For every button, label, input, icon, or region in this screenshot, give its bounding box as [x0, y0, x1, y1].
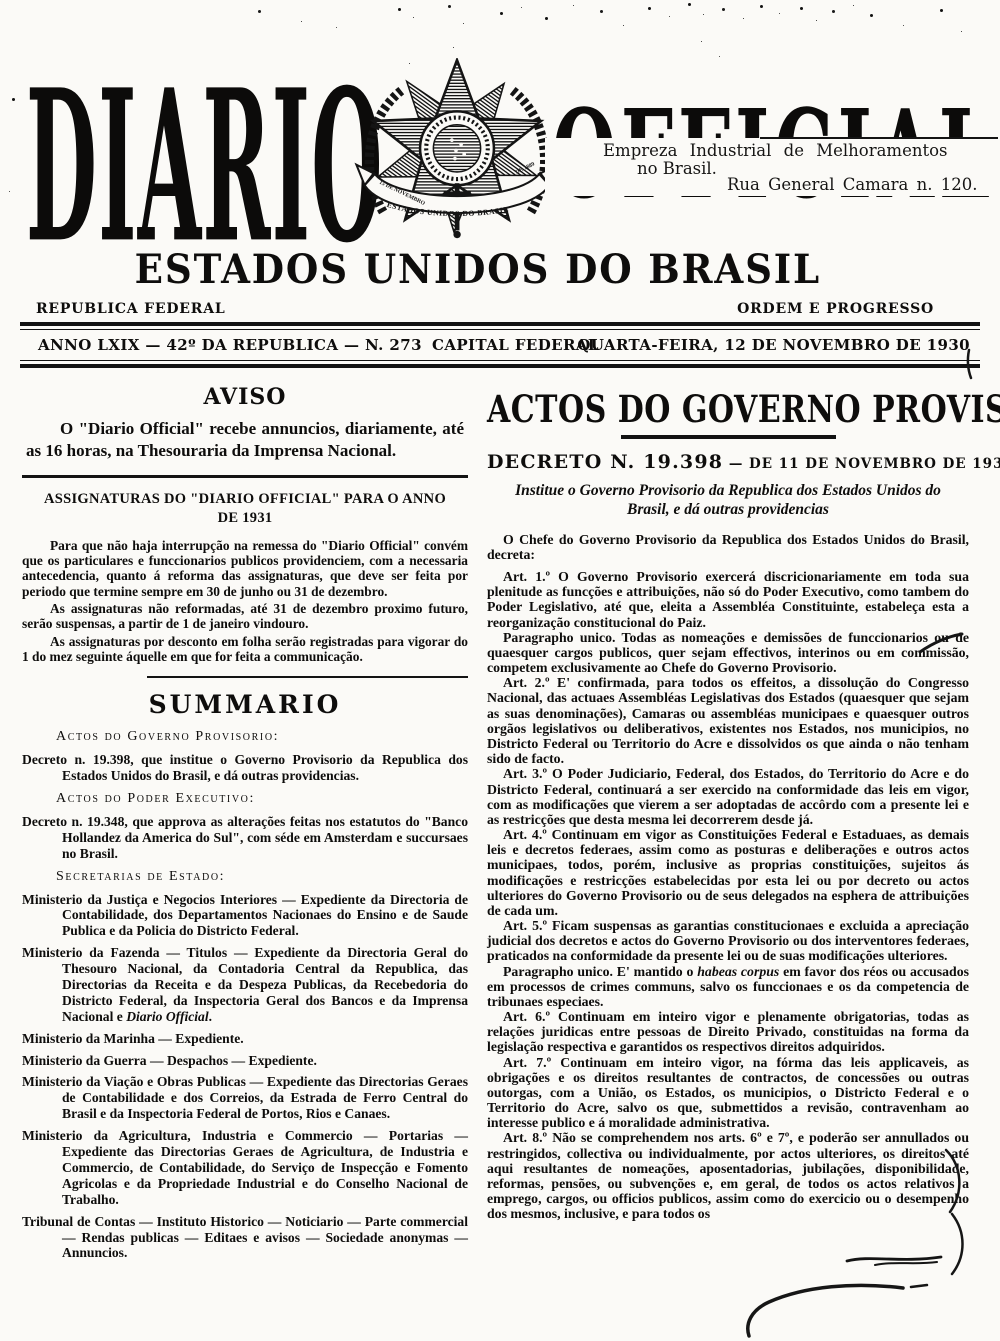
- summario-item: Ministerio da Marinha — Expediente.: [22, 1031, 468, 1047]
- decree-number: DECRETO N. 19.398: [487, 451, 723, 473]
- dateline-rule-bottom: [20, 360, 980, 368]
- brazil-coat-of-arms: 15 DE NOVEMBRO DE 1889 ESTADOS UNIDOS DO…: [352, 58, 562, 253]
- pen-mark-margin-dash: [916, 630, 968, 658]
- decree-date: — DE 11 DE NOVEMBRO DE 1930: [723, 456, 1000, 472]
- assignaturas-title: ASSIGNATURAS DO "DIARIO OFFICIAL" PARA O…: [36, 490, 454, 528]
- stamp-line-1: Empreza Industrial de Melhoramentos: [603, 141, 948, 160]
- decree-paragraph: Art. 3.º O Poder Judiciario, Federal, do…: [487, 766, 969, 827]
- decree-subtitle: Institue o Governo Provisorio da Republi…: [503, 481, 953, 520]
- masthead-title-diario: DIARIO: [26, 64, 384, 273]
- aviso-body: O "Diario Official" recebe annuncios, di…: [26, 418, 464, 462]
- publisher-stamp: Empreza Industrial de Melhoramentos no B…: [545, 138, 995, 196]
- dateline-rule-top: [20, 322, 980, 330]
- right-column: ACTOS DO GOVERNO PROVISORIO DECRETO N. 1…: [487, 388, 969, 1221]
- pen-mark-underline-scribble: [845, 1250, 949, 1268]
- summario-item: Ministerio da Viação e Obras Publicas — …: [22, 1074, 468, 1122]
- inner-sky: [433, 125, 480, 172]
- summario-item: Secretarias de Estado:: [56, 869, 468, 885]
- assignaturas-paragraph: As assignaturas por desconto em folha se…: [22, 634, 468, 665]
- dateline-issue: ANNO LXIX — 42º DA REPUBLICA — N. 273: [38, 336, 422, 354]
- summario-item: Actos do Poder Executivo:: [56, 791, 468, 807]
- motto-ordem-progresso: ORDEM E PROGRESSO: [737, 301, 934, 317]
- stamp-line-2: no Brasil.: [637, 159, 717, 178]
- left-column: AVISO O "Diario Official" recebe annunci…: [22, 382, 468, 1267]
- summario-item: Ministerio da Guerra — Despachos — Exped…: [22, 1053, 468, 1069]
- dateline-date: QUARTA-FEIRA, 12 DE NOVEMBRO DE 1930: [577, 336, 970, 354]
- aviso-title: AVISO: [22, 384, 468, 410]
- summario-item: Decreto n. 19.398, que institue o Govern…: [22, 752, 468, 784]
- summario-item: Decreto n. 19.348, que approva as altera…: [22, 814, 468, 862]
- summario-list: Actos do Governo Provisorio:Decreto n. 1…: [22, 729, 468, 1261]
- motto-republica-federal: REPUBLICA FEDERAL: [36, 301, 226, 317]
- decree-paragraph: O Chefe do Governo Provisorio da Republi…: [487, 532, 969, 562]
- pen-mark-bottom-curve: [735, 1278, 945, 1340]
- decree-paragraph: Art. 2.º E' confirmada, para todos os ef…: [487, 675, 969, 766]
- decree-paragraph: Paragrapho unico. Todas as nomeações e d…: [487, 630, 969, 676]
- decree-paragraph: Art. 1.º O Governo Provisorio exercerá d…: [487, 569, 969, 630]
- decree-body: O Chefe do Governo Provisorio da Republi…: [487, 532, 969, 1222]
- decree-paragraph: Art. 6.º Continuam em inteiro vigor e pl…: [487, 1009, 969, 1055]
- section-headline: ACTOS DO GOVERNO PROVISORIO: [487, 388, 969, 432]
- decree-paragraph: Art. 8.º Não se comprehendem nos arts. 6…: [487, 1130, 969, 1221]
- decree-paragraph: Art. 7.º Continuam em inteiro vigor, na …: [487, 1055, 969, 1131]
- assignaturas-paragraphs: Para que não haja interrupção na remessa…: [22, 538, 468, 664]
- assignaturas-paragraph: Para que não haja interrupção na remessa…: [22, 538, 468, 599]
- country-title: ESTADOS UNIDOS DO BRASIL: [135, 246, 821, 293]
- pen-mark-dateline-tick: [962, 348, 976, 380]
- summario-item: Tribunal de Contas — Instituto Historico…: [22, 1214, 468, 1262]
- stamp-line-3: Rua General Camara n. 120.: [727, 175, 978, 194]
- decree-paragraph: Art. 4.º Continuam em vigor as Constitui…: [487, 827, 969, 918]
- dateline: ANNO LXIX — 42º DA REPUBLICA — N. 273 CA…: [0, 336, 1000, 358]
- decree-number-line: DECRETO N. 19.398 — DE 11 DE NOVEMBRO DE…: [487, 451, 969, 473]
- summario-item: Ministerio da Agricultura, Industria e C…: [22, 1128, 468, 1207]
- summario-item: Ministerio da Justiça e Negocios Interio…: [22, 892, 468, 940]
- assignaturas-paragraph: As assignaturas não reformadas, até 31 d…: [22, 601, 468, 632]
- section-divider: [22, 475, 468, 478]
- decree-paragraph: Art. 5.º Ficam suspensas as garantias co…: [487, 918, 969, 964]
- summario-title: SUMMARIO: [22, 690, 468, 719]
- newspaper-page: DIARIO 15 DE NOVEMBRO DE 1889 ESTADOS UN…: [0, 0, 1000, 1341]
- decree-paragraph: Paragrapho unico. E' mantido o habeas co…: [487, 964, 969, 1010]
- section-divider: [147, 676, 468, 678]
- headline-underline: [621, 435, 836, 439]
- scan-noise-specks: [0, 0, 3, 3]
- summario-item: Actos do Governo Provisorio:: [56, 729, 468, 745]
- dateline-city: CAPITAL FEDERAL: [432, 336, 599, 354]
- pen-mark-right-margin: [936, 1148, 976, 1280]
- summario-item: Ministerio da Fazenda — Titulos — Expedi…: [22, 945, 468, 1024]
